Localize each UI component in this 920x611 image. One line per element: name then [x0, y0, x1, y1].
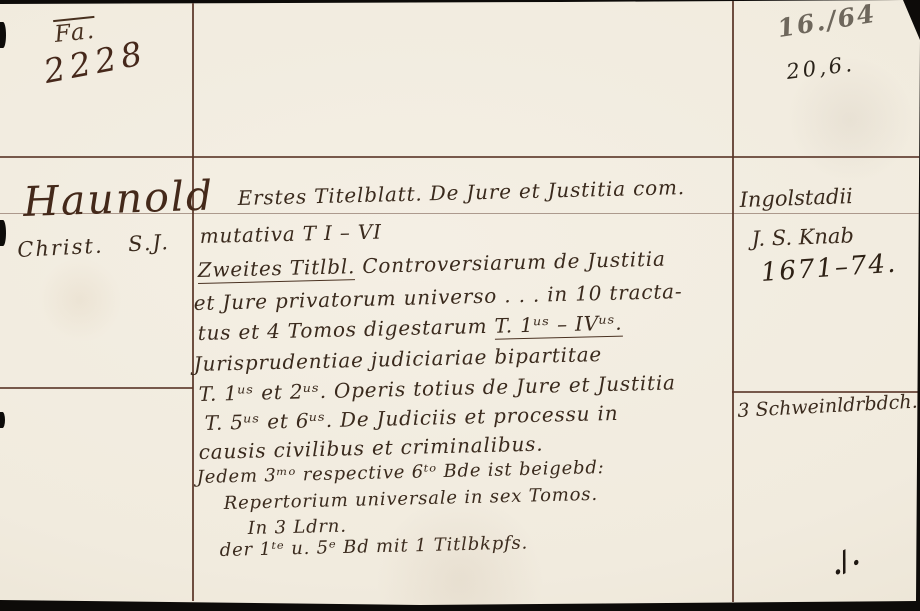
rule-horizontal-left-cell: [0, 387, 193, 389]
entry-text-segment: et Jure privatorum universo . . . in 10 …: [193, 279, 682, 315]
imprint-place: Ingolstadii: [739, 184, 853, 212]
entry-text-segment: Controversiarum de Justitia: [355, 247, 666, 279]
entry-line: Repertorium universale in sex Tomos.: [223, 484, 598, 514]
check-mark: ./.: [824, 541, 865, 582]
entry-text-segment: Jurisprudentiae judiciariae bipartitae: [193, 342, 602, 376]
entry-line: tus et 4 Tomos digestarum T. 1ᵘˢ – IVᵘˢ.: [197, 311, 622, 345]
imprint-years: 1671–74.: [760, 249, 898, 288]
entry-line: causis civilibus et criminalibus.: [198, 432, 543, 464]
rule-horizontal-header: [0, 156, 920, 158]
entry-line: der 1ᵗᵉ u. 5ᵉ Bd mit 1 Titlbkpfs.: [219, 532, 528, 561]
author-detail: Christ. S.J.: [17, 230, 171, 262]
entry-text-segment: T. 5ᵘˢ et 6ᵘˢ. De Judiciis et processu i…: [204, 401, 618, 435]
scan-background: Fa. 2228 16./64 20,6. Haunold Christ. S.…: [0, 0, 920, 611]
rule-vertical-left-column: [192, 0, 194, 601]
entry-text-segment: T. 1ᵘˢ – IVᵘˢ.: [494, 311, 622, 340]
rule-vertical-right-column: [732, 0, 734, 602]
binding-note: 3 Schweinldrbdch.: [737, 391, 918, 422]
entry-line: Erstes Titelblatt. De Jure et Justitia c…: [237, 175, 685, 210]
imprint-printer: J. S. Knab: [751, 223, 854, 251]
scan-edge-blemish: [0, 220, 6, 246]
ink-price-note: 20,6.: [785, 52, 856, 84]
shelfmark: Fa.: [53, 18, 97, 48]
entry-text-segment: der 1ᵗᵉ u. 5ᵉ Bd mit 1 Titlbkpfs.: [219, 532, 528, 561]
entry-line: mutativa T I – VI: [199, 220, 382, 248]
scan-edge-blemish: [0, 412, 5, 428]
rule-horizontal-right-cell: [732, 391, 920, 393]
entry-line: T. 5ᵘˢ et 6ᵘˢ. De Judiciis et processu i…: [204, 401, 618, 435]
entry-text-segment: In 3 Ldrn.: [247, 516, 346, 539]
entry-text-segment: Erstes Titelblatt.: [237, 181, 422, 210]
entry-text-segment: Jedem 3ᵐᵒ respective 6ᵗᵒ Bde ist beigebd…: [196, 457, 604, 488]
entry-text-segment: causis civilibus et criminalibus.: [198, 432, 543, 464]
entry-line: et Jure privatorum universo . . . in 10 …: [193, 279, 682, 315]
entry-line: Jedem 3ᵐᵒ respective 6ᵗᵒ Bde ist beigebd…: [196, 457, 604, 488]
entry-text-segment: De Jure et Justitia com.: [422, 175, 685, 205]
entry-line: In 3 Ldrn.: [247, 516, 346, 539]
entry-text-segment: T. 1ᵘˢ et 2ᵘˢ. Operis totius de Jure et …: [198, 370, 676, 406]
pencil-note: 16./64: [775, 0, 878, 43]
author-surname: Haunold: [22, 171, 215, 226]
entry-text-segment: Repertorium universale in sex Tomos.: [223, 484, 598, 514]
entry-line: Jurisprudentiae judiciariae bipartitae: [193, 342, 602, 376]
entry-line: T. 1ᵘˢ et 2ᵘˢ. Operis totius de Jure et …: [198, 370, 676, 406]
shelf-number: 2228: [41, 33, 151, 91]
entry-line: Zweites Titlbl. Controversiarum de Justi…: [197, 247, 666, 282]
entry-text-segment: Zweites Titlbl.: [197, 254, 355, 284]
catalog-card: Fa. 2228 16./64 20,6. Haunold Christ. S.…: [0, 0, 920, 611]
scan-edge-blemish: [0, 22, 6, 48]
entry-text-segment: tus et 4 Tomos digestarum: [197, 314, 494, 345]
entry-text-segment: mutativa T I – VI: [199, 220, 382, 248]
